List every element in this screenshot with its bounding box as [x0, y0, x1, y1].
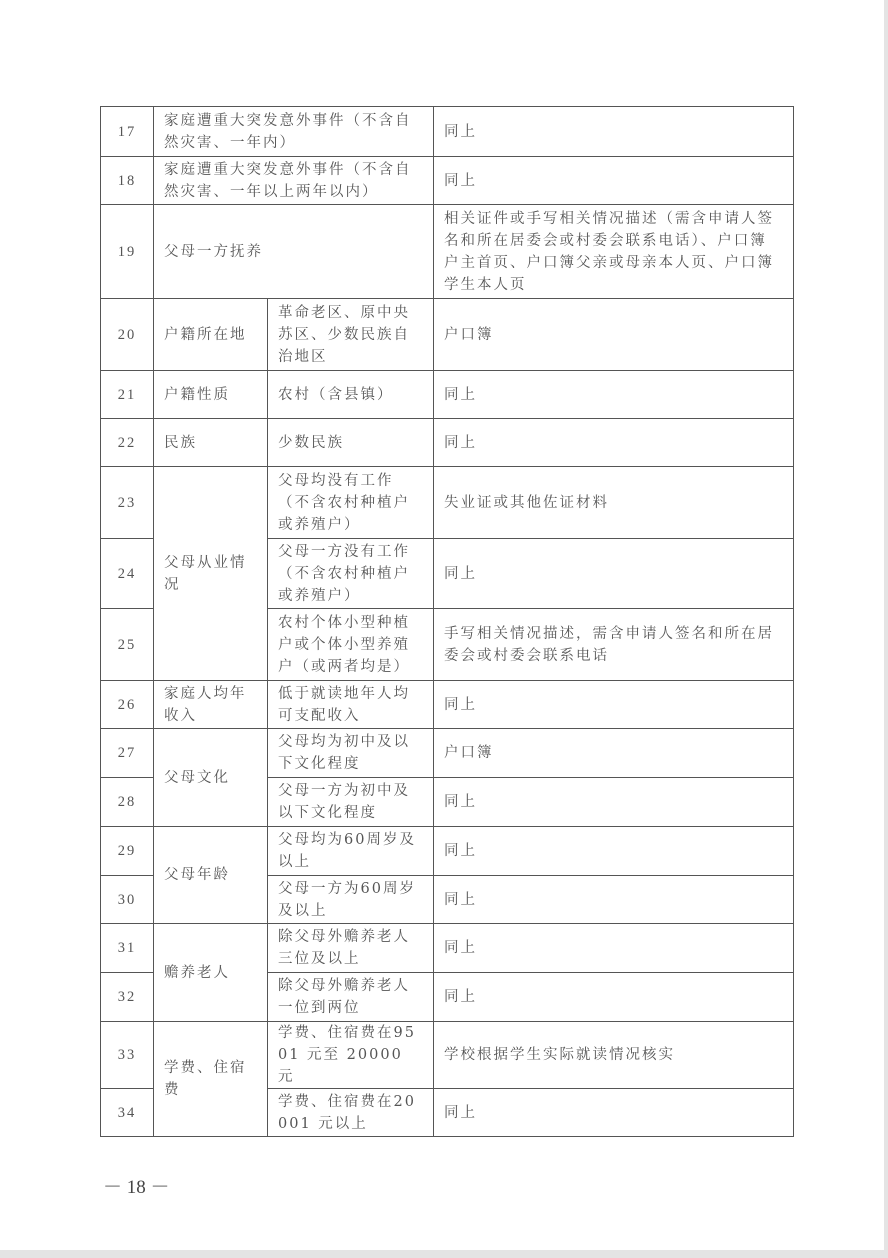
row-number: 23: [101, 467, 154, 539]
material-cell: 同上: [434, 681, 794, 729]
material-cell: 同上: [434, 371, 794, 419]
row-number: 31: [101, 924, 154, 973]
condition-cell: 除父母外赡养老人一位到两位: [268, 973, 434, 1022]
table-row: 31 赡养老人 除父母外赡养老人三位及以上 同上: [101, 924, 794, 973]
table-row: 20 户籍所在地 革命老区、原中央苏区、少数民族自治地区 户口簿: [101, 299, 794, 371]
condition-cell: 父母一方没有工作（不含农村种植户或养殖户）: [268, 539, 434, 609]
condition-cell: 低于就读地年人均可支配收入: [268, 681, 434, 729]
category-cell: 父母文化: [154, 729, 268, 827]
condition-cell: 父母均为60周岁及以上: [268, 827, 434, 876]
page-number: － 18 －: [103, 1172, 170, 1199]
material-cell: 同上: [434, 157, 794, 205]
category-cell: 家庭遭重大突发意外事件（不含自然灾害、一年内）: [154, 107, 434, 157]
category-cell: 家庭人均年收入: [154, 681, 268, 729]
condition-cell: 农村个体小型种植户或个体小型养殖户（或两者均是）: [268, 609, 434, 681]
row-number: 29: [101, 827, 154, 876]
row-number: 24: [101, 539, 154, 609]
material-cell: 同上: [434, 107, 794, 157]
row-number: 26: [101, 681, 154, 729]
row-number: 32: [101, 973, 154, 1022]
category-cell: 户籍所在地: [154, 299, 268, 371]
category-cell: 父母年龄: [154, 827, 268, 924]
condition-cell: 革命老区、原中央苏区、少数民族自治地区: [268, 299, 434, 371]
row-number: 18: [101, 157, 154, 205]
category-cell: 父母一方抚养: [154, 205, 434, 299]
table-row: 23 父母从业情况 父母均没有工作（不含农村种植户或养殖户） 失业证或其他佐证材…: [101, 467, 794, 539]
material-cell: 同上: [434, 1089, 794, 1137]
condition-cell: 父母一方为60周岁及以上: [268, 876, 434, 924]
condition-cell: 少数民族: [268, 419, 434, 467]
category-cell: 学费、住宿费: [154, 1022, 268, 1137]
category-cell: 家庭遭重大突发意外事件（不含自然灾害、一年以上两年以内）: [154, 157, 434, 205]
table-row: 26 家庭人均年收入 低于就读地年人均可支配收入 同上: [101, 681, 794, 729]
table-row: 22 民族 少数民族 同上: [101, 419, 794, 467]
condition-cell: 农村（含县镇）: [268, 371, 434, 419]
material-cell: 同上: [434, 539, 794, 609]
table-row: 21 户籍性质 农村（含县镇） 同上: [101, 371, 794, 419]
row-number: 22: [101, 419, 154, 467]
material-cell: 手写相关情况描述，需含申请人签名和所在居委会或村委会联系电话: [434, 609, 794, 681]
condition-cell: 学费、住宿费在9501 元至 20000 元: [268, 1022, 434, 1089]
row-number: 30: [101, 876, 154, 924]
category-cell: 父母从业情况: [154, 467, 268, 681]
condition-cell: 父母一方为初中及以下文化程度: [268, 778, 434, 827]
material-cell: 同上: [434, 973, 794, 1022]
condition-cell: 父母均没有工作（不含农村种植户或养殖户）: [268, 467, 434, 539]
material-cell: 同上: [434, 778, 794, 827]
condition-cell: 父母均为初中及以下文化程度: [268, 729, 434, 778]
category-cell: 赡养老人: [154, 924, 268, 1022]
table-row: 17 家庭遭重大突发意外事件（不含自然灾害、一年内） 同上: [101, 107, 794, 157]
material-cell: 同上: [434, 876, 794, 924]
table-row: 18 家庭遭重大突发意外事件（不含自然灾害、一年以上两年以内） 同上: [101, 157, 794, 205]
row-number: 28: [101, 778, 154, 827]
row-number: 17: [101, 107, 154, 157]
material-cell: 同上: [434, 827, 794, 876]
row-number: 33: [101, 1022, 154, 1089]
material-cell: 户口簿: [434, 299, 794, 371]
table-row: 29 父母年龄 父母均为60周岁及以上 同上: [101, 827, 794, 876]
row-number: 25: [101, 609, 154, 681]
row-number: 34: [101, 1089, 154, 1137]
table-row: 33 学费、住宿费 学费、住宿费在9501 元至 20000 元 学校根据学生实…: [101, 1022, 794, 1089]
category-cell: 户籍性质: [154, 371, 268, 419]
condition-cell: 除父母外赡养老人三位及以上: [268, 924, 434, 973]
condition-cell: 学费、住宿费在20001 元以上: [268, 1089, 434, 1137]
material-cell: 相关证件或手写相关情况描述（需含申请人签名和所在居委会或村委会联系电话）、户口簿…: [434, 205, 794, 299]
table-row: 27 父母文化 父母均为初中及以下文化程度 户口簿: [101, 729, 794, 778]
material-cell: 同上: [434, 924, 794, 973]
table-row: 19 父母一方抚养 相关证件或手写相关情况描述（需含申请人签名和所在居委会或村委…: [101, 205, 794, 299]
row-number: 19: [101, 205, 154, 299]
requirements-table: 17 家庭遭重大突发意外事件（不含自然灾害、一年内） 同上 18 家庭遭重大突发…: [100, 106, 794, 1137]
category-cell: 民族: [154, 419, 268, 467]
row-number: 20: [101, 299, 154, 371]
material-cell: 学校根据学生实际就读情况核实: [434, 1022, 794, 1089]
material-cell: 同上: [434, 419, 794, 467]
document-page: 17 家庭遭重大突发意外事件（不含自然灾害、一年内） 同上 18 家庭遭重大突发…: [0, 0, 884, 1250]
row-number: 27: [101, 729, 154, 778]
row-number: 21: [101, 371, 154, 419]
material-cell: 失业证或其他佐证材料: [434, 467, 794, 539]
material-cell: 户口簿: [434, 729, 794, 778]
